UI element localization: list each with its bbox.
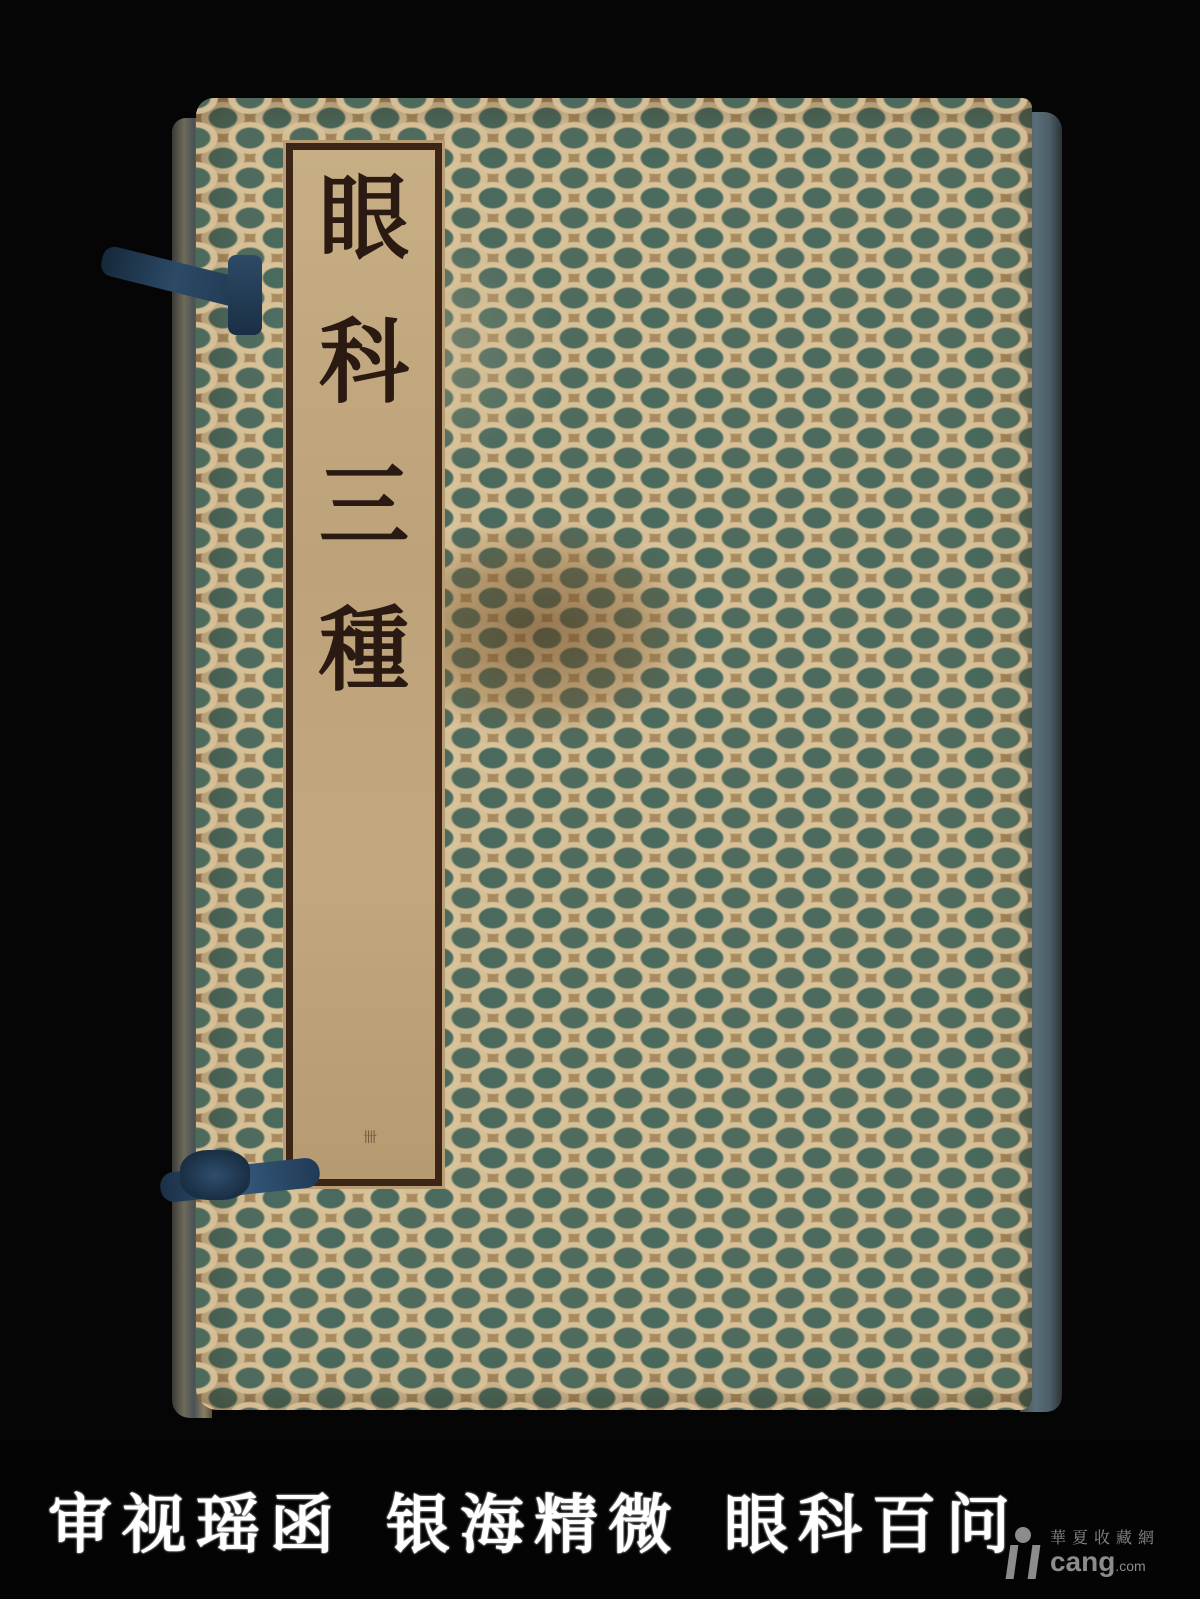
caption-title-2: 银海精微 — [386, 1474, 682, 1566]
watermark-chinese: 華夏收藏網 — [1050, 1530, 1160, 1547]
watermark: 華夏收藏網 cang.com — [1004, 1527, 1160, 1579]
caption-title-1: 审视瑶函 — [48, 1474, 344, 1566]
title-char-1: 眼 — [319, 172, 409, 264]
caption-title-3: 眼科百问 — [724, 1474, 1020, 1566]
book-photo: 眼 科 三 種 卌 — [0, 0, 1200, 1440]
watermark-domain: cang.com — [1050, 1547, 1160, 1576]
title-char-3: 三 — [319, 460, 409, 552]
title-characters: 眼 科 三 種 — [293, 150, 435, 748]
watermark-logo-icon — [1004, 1527, 1042, 1579]
title-char-4: 種 — [319, 604, 409, 696]
title-char-2: 科 — [319, 316, 409, 408]
top-tie-knot — [228, 255, 262, 335]
bottom-tie-knot — [180, 1150, 250, 1200]
title-slip: 眼 科 三 種 卌 — [286, 143, 442, 1186]
slip-small-mark: 卌 — [363, 1127, 377, 1147]
